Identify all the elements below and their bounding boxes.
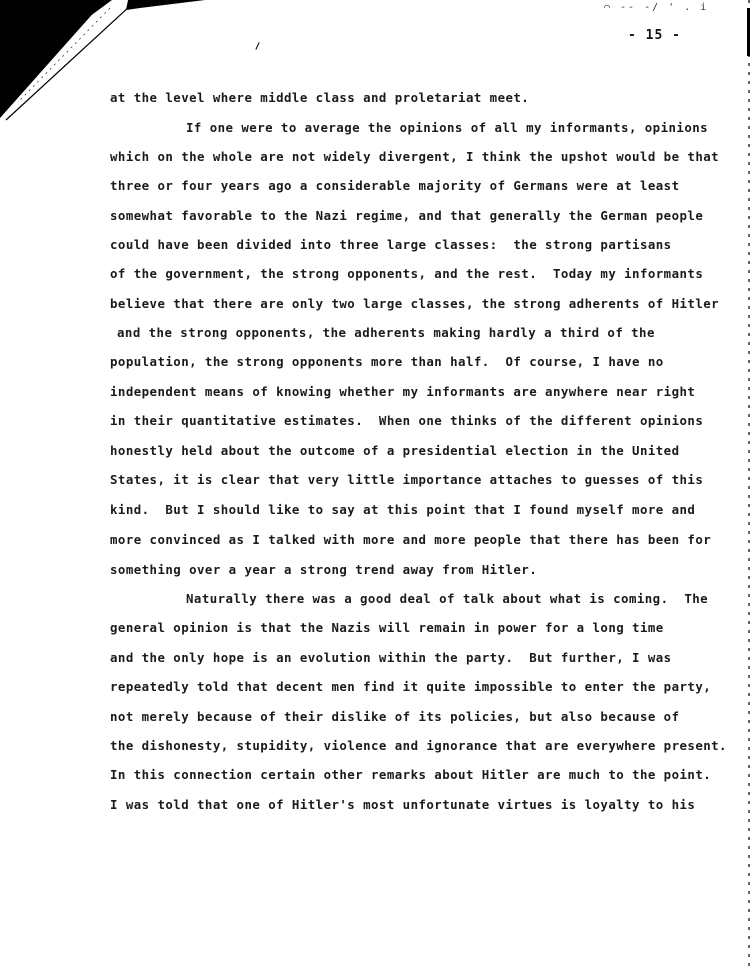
text-line: States, it is clear that very little imp… [110,472,703,488]
text-line: repeatedly told that decent men find it … [110,679,711,695]
text-line: I was told that one of Hitler's most unf… [110,797,695,813]
text-line: general opinion is that the Nazis will r… [110,620,664,636]
text-line: in their quantitative estimates. When on… [110,413,703,429]
typewritten-page: ⌒ -- -/ ' . i - 15 - at the level where … [0,0,750,972]
text-line: Naturally there was a good deal of talk … [186,591,708,607]
text-line: In this connection certain other remarks… [110,767,711,783]
page-number: - 15 - [628,28,681,43]
text-line: and the only hope is an evolution within… [110,650,672,666]
text-line: of the government, the strong opponents,… [110,266,703,282]
text-line: kind. But I should like to say at this p… [110,502,695,518]
text-line: and the strong opponents, the adherents … [117,325,655,341]
text-line: independent means of knowing whether my … [110,384,695,400]
text-line: believe that there are only two large cl… [110,296,719,312]
text-line: If one were to average the opinions of a… [186,120,708,136]
text-line: not merely because of their dislike of i… [110,709,680,725]
text-line: more convinced as I talked with more and… [110,532,711,548]
text-line: population, the strong opponents more th… [110,354,664,370]
text-line: somewhat favorable to the Nazi regime, a… [110,208,703,224]
text-line: three or four years ago a considerable m… [110,178,680,194]
top-scan-marks: ⌒ -- -/ ' . i [604,2,708,13]
text-line: which on the whole are not widely diverg… [110,149,719,165]
text-line: the dishonesty, stupidity, violence and … [110,738,727,754]
text-line: honestly held about the outcome of a pre… [110,443,680,459]
text-line: at the level where middle class and prol… [110,90,529,106]
scan-corner-shadow [0,0,260,130]
text-line: something over a year a strong trend awa… [110,562,537,578]
text-line: could have been divided into three large… [110,237,672,253]
